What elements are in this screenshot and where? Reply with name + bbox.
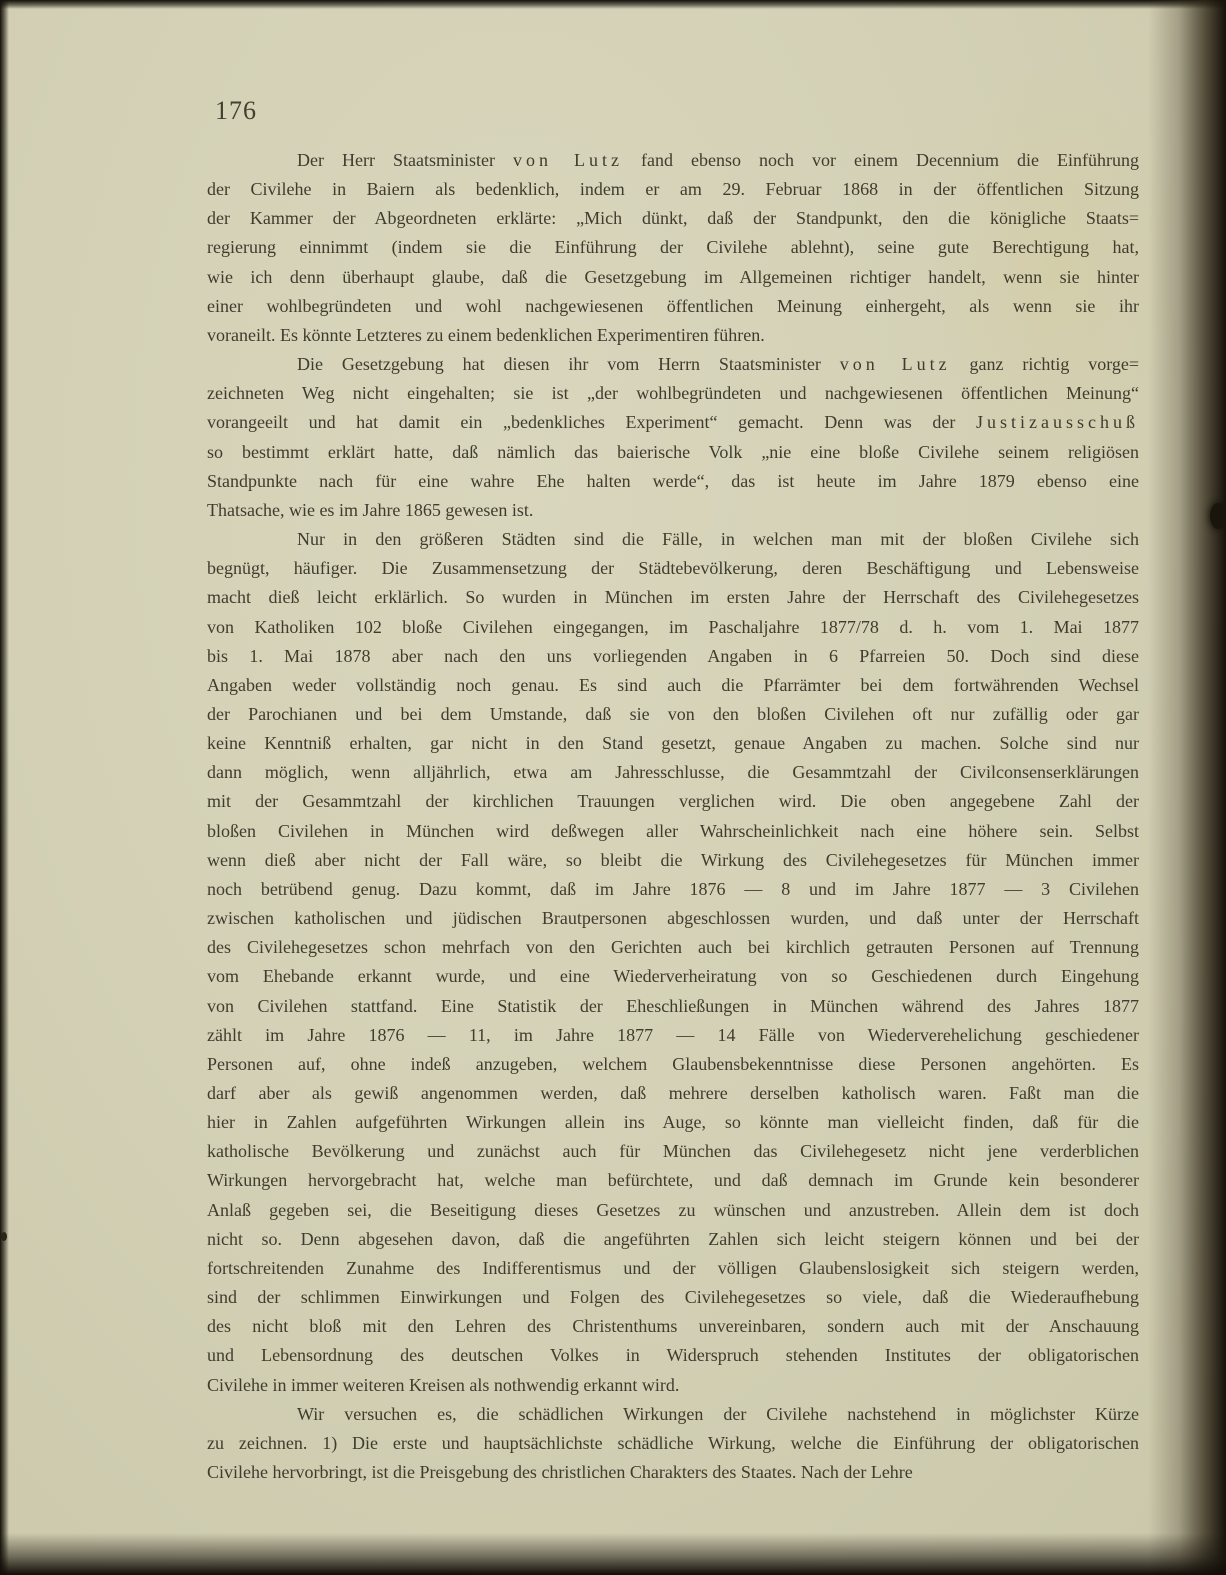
text-line: des nicht bloß mit den Lehren des Christ… xyxy=(207,1312,1139,1341)
text-line: keine Kenntniß erhalten, gar nicht in de… xyxy=(207,729,1139,758)
text-line: zwischen katholischen und jüdischen Brau… xyxy=(207,904,1139,933)
paragraph: Wir versuchen es, die schädlichen Wirkun… xyxy=(207,1400,1139,1487)
text-line: mit der Gesammtzahl der kirchlichen Trau… xyxy=(207,787,1139,816)
text-line: Angaben weder vollständig noch genau. Es… xyxy=(207,671,1139,700)
text-line: Civilehe in immer weiteren Kreisen als n… xyxy=(207,1371,1139,1400)
text-line: zu zeichnen. 1) Die erste und hauptsächl… xyxy=(207,1429,1139,1458)
text-line: vom Ehebande erkannt wurde, und eine Wie… xyxy=(207,962,1139,991)
page-number: 176 xyxy=(215,96,257,126)
scan-edge-left xyxy=(0,0,9,1575)
text-line: Der Herr Staatsminister von Lutz fand eb… xyxy=(207,146,1139,175)
text-line: des Civilehegesetzes schon mehrfach von … xyxy=(207,933,1139,962)
text-line: darf aber als gewiß angenommen werden, d… xyxy=(207,1079,1139,1108)
book-page-scan: { "page": { "number": "176", "spaced_wor… xyxy=(0,0,1226,1575)
text-line: von Katholiken 102 bloße Civilehen einge… xyxy=(207,613,1139,642)
text-line: bloßen Civilehen in München wird deßwege… xyxy=(207,817,1139,846)
text-line: zeichneten Weg nicht eingehalten; sie is… xyxy=(207,379,1139,408)
text-line: Anlaß gegeben sei, die Beseitigung diese… xyxy=(207,1196,1139,1225)
text-line: Civilehe hervorbringt, ist die Preisgebu… xyxy=(207,1458,1139,1487)
text-line: Wirkungen hervorgebracht hat, welche man… xyxy=(207,1166,1139,1195)
text-line: zählt im Jahre 1876 — 11, im Jahre 1877 … xyxy=(207,1021,1139,1050)
text-line: Die Gesetzgebung hat diesen ihr vom Herr… xyxy=(207,350,1139,379)
scan-blemish-left xyxy=(1,1232,7,1241)
text-line: voraneilt. Es könnte Letzteres zu einem … xyxy=(207,321,1139,350)
text-line: regierung einnimmt (indem sie die Einfüh… xyxy=(207,233,1139,262)
text-line: der Civilehe in Baiern als bedenklich, i… xyxy=(207,175,1139,204)
letterspaced-word: Justizausschuß xyxy=(976,412,1139,432)
text-line: dann möglich, wenn alljährlich, etwa am … xyxy=(207,758,1139,787)
text-line: wenn dieß aber nicht der Fall wäre, so b… xyxy=(207,846,1139,875)
text-line: Nur in den größeren Städten sind die Fäl… xyxy=(207,525,1139,554)
text-line: Standpunkte nach für eine wahre Ehe halt… xyxy=(207,467,1139,496)
text-line: sind der schlimmen Einwirkungen und Folg… xyxy=(207,1283,1139,1312)
text-line: Personen auf, ohne indeß anzugeben, welc… xyxy=(207,1050,1139,1079)
paragraph: Der Herr Staatsminister von Lutz fand eb… xyxy=(207,146,1139,350)
text-line: noch betrübend genug. Dazu kommt, daß im… xyxy=(207,875,1139,904)
letterspaced-word: von Lutz xyxy=(513,150,623,170)
text-line: so bestimmt erklärt hatte, daß nämlich d… xyxy=(207,438,1139,467)
text-line: Wir versuchen es, die schädlichen Wirkun… xyxy=(207,1400,1139,1429)
text-line: wie ich denn überhaupt glaube, daß die G… xyxy=(207,263,1139,292)
text-line: hier in Zahlen aufgeführten Wirkungen al… xyxy=(207,1108,1139,1137)
paragraph: Nur in den größeren Städten sind die Fäl… xyxy=(207,525,1139,1400)
text-line: einer wohlbegründeten und wohl nachgewie… xyxy=(207,292,1139,321)
scan-blemish-right xyxy=(1210,503,1226,529)
text-line: katholische Bevölkerung und zunächst auc… xyxy=(207,1137,1139,1166)
text-line: Thatsache, wie es im Jahre 1865 gewesen … xyxy=(207,496,1139,525)
paragraph: Die Gesetzgebung hat diesen ihr vom Herr… xyxy=(207,350,1139,525)
text-line: und Lebensordnung des deutschen Volkes i… xyxy=(207,1341,1139,1370)
letterspaced-word: von Lutz xyxy=(840,354,951,374)
text-line: fortschreitenden Zunahme des Indifferent… xyxy=(207,1254,1139,1283)
scan-gutter-right xyxy=(1148,0,1226,1575)
text-line: der Parochianen und bei dem Umstande, da… xyxy=(207,700,1139,729)
scan-edge-top xyxy=(0,0,1226,9)
text-line: nicht so. Denn abgesehen davon, daß die … xyxy=(207,1225,1139,1254)
scan-edge-bottom xyxy=(0,1533,1226,1575)
text-line: macht dieß leicht erklärlich. So wurden … xyxy=(207,583,1139,612)
text-block: Der Herr Staatsminister von Lutz fand eb… xyxy=(207,146,1139,1487)
text-line: bis 1. Mai 1878 aber nach den uns vorlie… xyxy=(207,642,1139,671)
text-line: der Kammer der Abgeordneten erklärte: „M… xyxy=(207,204,1139,233)
text-line: von Civilehen stattfand. Eine Statistik … xyxy=(207,992,1139,1021)
text-line: vorangeeilt und hat damit ein „bedenklic… xyxy=(207,408,1139,437)
text-line: begnügt, häufiger. Die Zusammensetzung d… xyxy=(207,554,1139,583)
